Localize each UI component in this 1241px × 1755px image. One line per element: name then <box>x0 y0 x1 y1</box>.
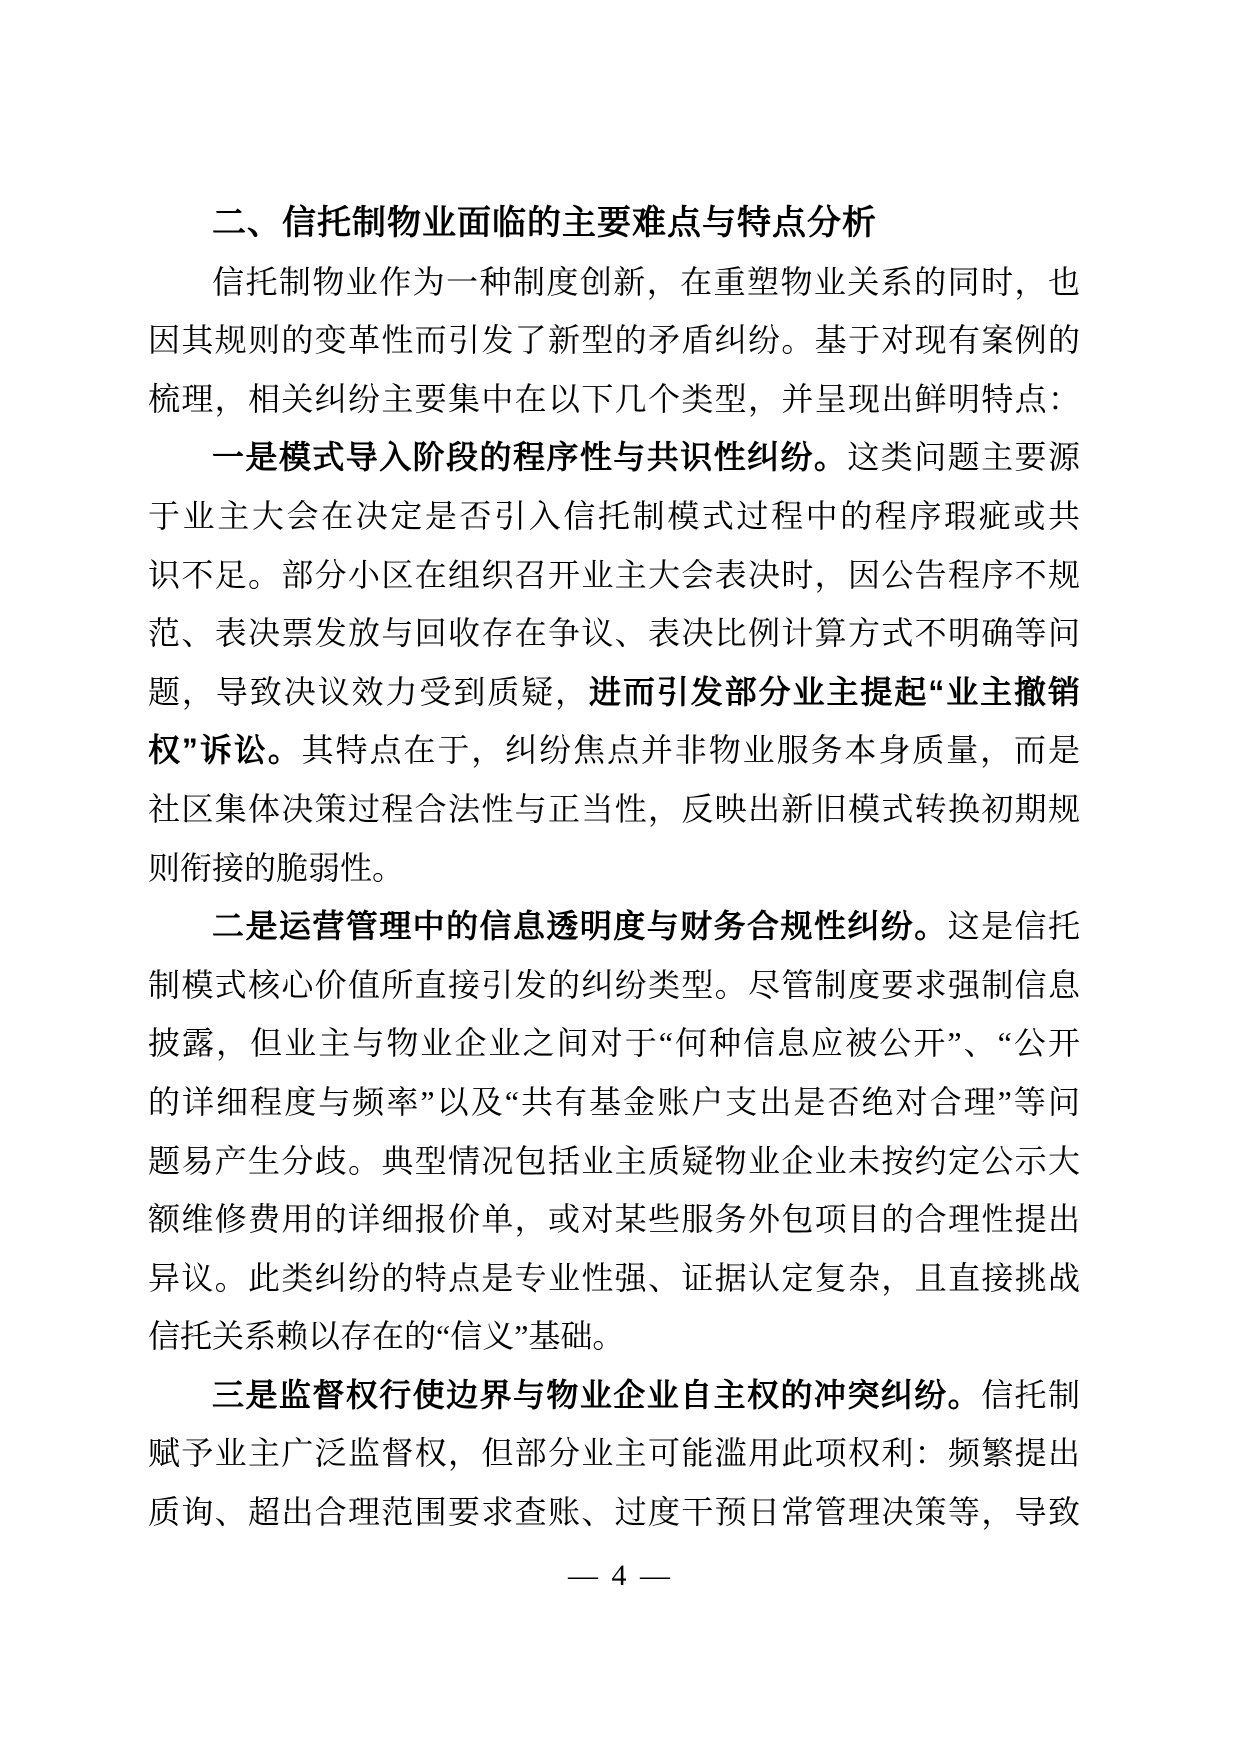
text-line: 信托制物业作为一种制度创新，在重塑物业关系的同时，也 <box>148 253 1080 312</box>
body-text: 披露，但业主与物业企业之间对于“何种信息应被公开”、“公开 <box>148 1025 1080 1061</box>
page-number: — 4 — <box>568 1559 673 1592</box>
body-text: 信托关系赖以存在的“信义”基础。 <box>148 1318 624 1354</box>
bold-emphasis-text: 二是运营管理中的信息透明度与财务合规性纠纷。 <box>212 908 948 944</box>
section-heading: 二、信托制物业面临的主要难点与特点分析 <box>148 194 1080 253</box>
text-line: 信托关系赖以存在的“信义”基础。 <box>148 1307 1080 1366</box>
body-text: 质询、超出合理范围要求查账、过度干预日常管理决策等，导致 <box>148 1494 1080 1530</box>
body-text: 这是信托 <box>948 908 1080 944</box>
text-line: 二是运营管理中的信息透明度与财务合规性纠纷。这是信托 <box>148 897 1080 956</box>
body-text: 这类问题主要源 <box>847 439 1080 475</box>
body-text: 识不足。部分小区在组织召开业主大会表决时，因公告程序不规 <box>148 557 1080 593</box>
body-text: 范、表决票发放与回收存在争议、表决比例计算方式不明确等问 <box>148 615 1080 651</box>
page-footer: — 4 — <box>0 1556 1241 1596</box>
paragraph-lines: 信托制物业作为一种制度创新，在重塑物业关系的同时，也因其规则的变革性而引发了新型… <box>148 253 1080 1542</box>
text-line: 一是模式导入阶段的程序性与共识性纠纷。这类问题主要源 <box>148 428 1080 487</box>
text-line: 则衔接的脆弱性。 <box>148 839 1080 898</box>
body-text: 信托制物业作为一种制度创新，在重塑物业关系的同时，也 <box>212 264 1080 300</box>
bold-emphasis-text: 一是模式导入阶段的程序性与共识性纠纷。 <box>212 439 847 475</box>
document-page: 二、信托制物业面临的主要难点与特点分析 信托制物业作为一种制度创新，在重塑物业关… <box>0 0 1241 1755</box>
body-text: 制模式核心价值所直接引发的纠纷类型。尽管制度要求强制信息 <box>148 967 1080 1003</box>
text-line: 社区集体决策过程合法性与正当性，反映出新旧模式转换初期规 <box>148 780 1080 839</box>
text-line: 的详细程度与频率”以及“共有基金账户支出是否绝对合理”等问 <box>148 1073 1080 1132</box>
body-text: 社区集体决策过程合法性与正当性，反映出新旧模式转换初期规 <box>148 791 1080 827</box>
bold-emphasis-text: 权”诉讼。 <box>148 732 302 768</box>
text-line: 制模式核心价值所直接引发的纠纷类型。尽管制度要求强制信息 <box>148 956 1080 1015</box>
text-line: 识不足。部分小区在组织召开业主大会表决时，因公告程序不规 <box>148 546 1080 605</box>
body-text: 信托制 <box>981 1377 1080 1413</box>
body-text: 题易产生分歧。典型情况包括业主质疑物业企业未按约定公示大 <box>148 1143 1080 1179</box>
text-line: 题易产生分歧。典型情况包括业主质疑物业企业未按约定公示大 <box>148 1132 1080 1191</box>
text-line: 三是监督权行使边界与物业企业自主权的冲突纠纷。信托制 <box>148 1366 1080 1425</box>
text-line: 异议。此类纠纷的特点是专业性强、证据认定复杂，且直接挑战 <box>148 1249 1080 1308</box>
text-line: 质询、超出合理范围要求查账、过度干预日常管理决策等，导致 <box>148 1483 1080 1542</box>
text-line: 披露，但业主与物业企业之间对于“何种信息应被公开”、“公开 <box>148 1014 1080 1073</box>
text-line: 于业主大会在决定是否引入信托制模式过程中的程序瑕疵或共 <box>148 487 1080 546</box>
body-text: 赋予业主广泛监督权，但部分业主可能滥用此项权利：频繁提出 <box>148 1435 1080 1471</box>
text-line: 题，导致决议效力受到质疑，进而引发部分业主提起“业主撤销 <box>148 663 1080 722</box>
body-text: 于业主大会在决定是否引入信托制模式过程中的程序瑕疵或共 <box>148 498 1080 534</box>
text-line: 梳理，相关纠纷主要集中在以下几个类型，并呈现出鲜明特点： <box>148 370 1080 429</box>
body-text: 额维修费用的详细报价单，或对某些服务外包项目的合理性提出 <box>148 1201 1080 1237</box>
text-line: 额维修费用的详细报价单，或对某些服务外包项目的合理性提出 <box>148 1190 1080 1249</box>
text-line: 赋予业主广泛监督权，但部分业主可能滥用此项权利：频繁提出 <box>148 1424 1080 1483</box>
body-text: 因其规则的变革性而引发了新型的矛盾纠纷。基于对现有案例的 <box>148 322 1080 358</box>
body-text: 异议。此类纠纷的特点是专业性强、证据认定复杂，且直接挑战 <box>148 1260 1080 1296</box>
body-text: 梳理，相关纠纷主要集中在以下几个类型，并呈现出鲜明特点： <box>148 381 1080 417</box>
body-text: 题，导致决议效力受到质疑， <box>148 674 589 710</box>
document-body: 二、信托制物业面临的主要难点与特点分析 信托制物业作为一种制度创新，在重塑物业关… <box>148 194 1080 1542</box>
text-line: 范、表决票发放与回收存在争议、表决比例计算方式不明确等问 <box>148 604 1080 663</box>
bold-emphasis-text: 三是监督权行使边界与物业企业自主权的冲突纠纷。 <box>212 1377 981 1413</box>
text-line: 权”诉讼。其特点在于，纠纷焦点并非物业服务本身质量，而是 <box>148 721 1080 780</box>
body-text: 其特点在于，纠纷焦点并非物业服务本身质量，而是 <box>302 732 1080 768</box>
bold-emphasis-text: 进而引发部分业主提起“业主撤销 <box>589 674 1080 710</box>
body-text: 则衔接的脆弱性。 <box>148 850 404 886</box>
text-line: 因其规则的变革性而引发了新型的矛盾纠纷。基于对现有案例的 <box>148 311 1080 370</box>
body-text: 的详细程度与频率”以及“共有基金账户支出是否绝对合理”等问 <box>148 1084 1080 1120</box>
